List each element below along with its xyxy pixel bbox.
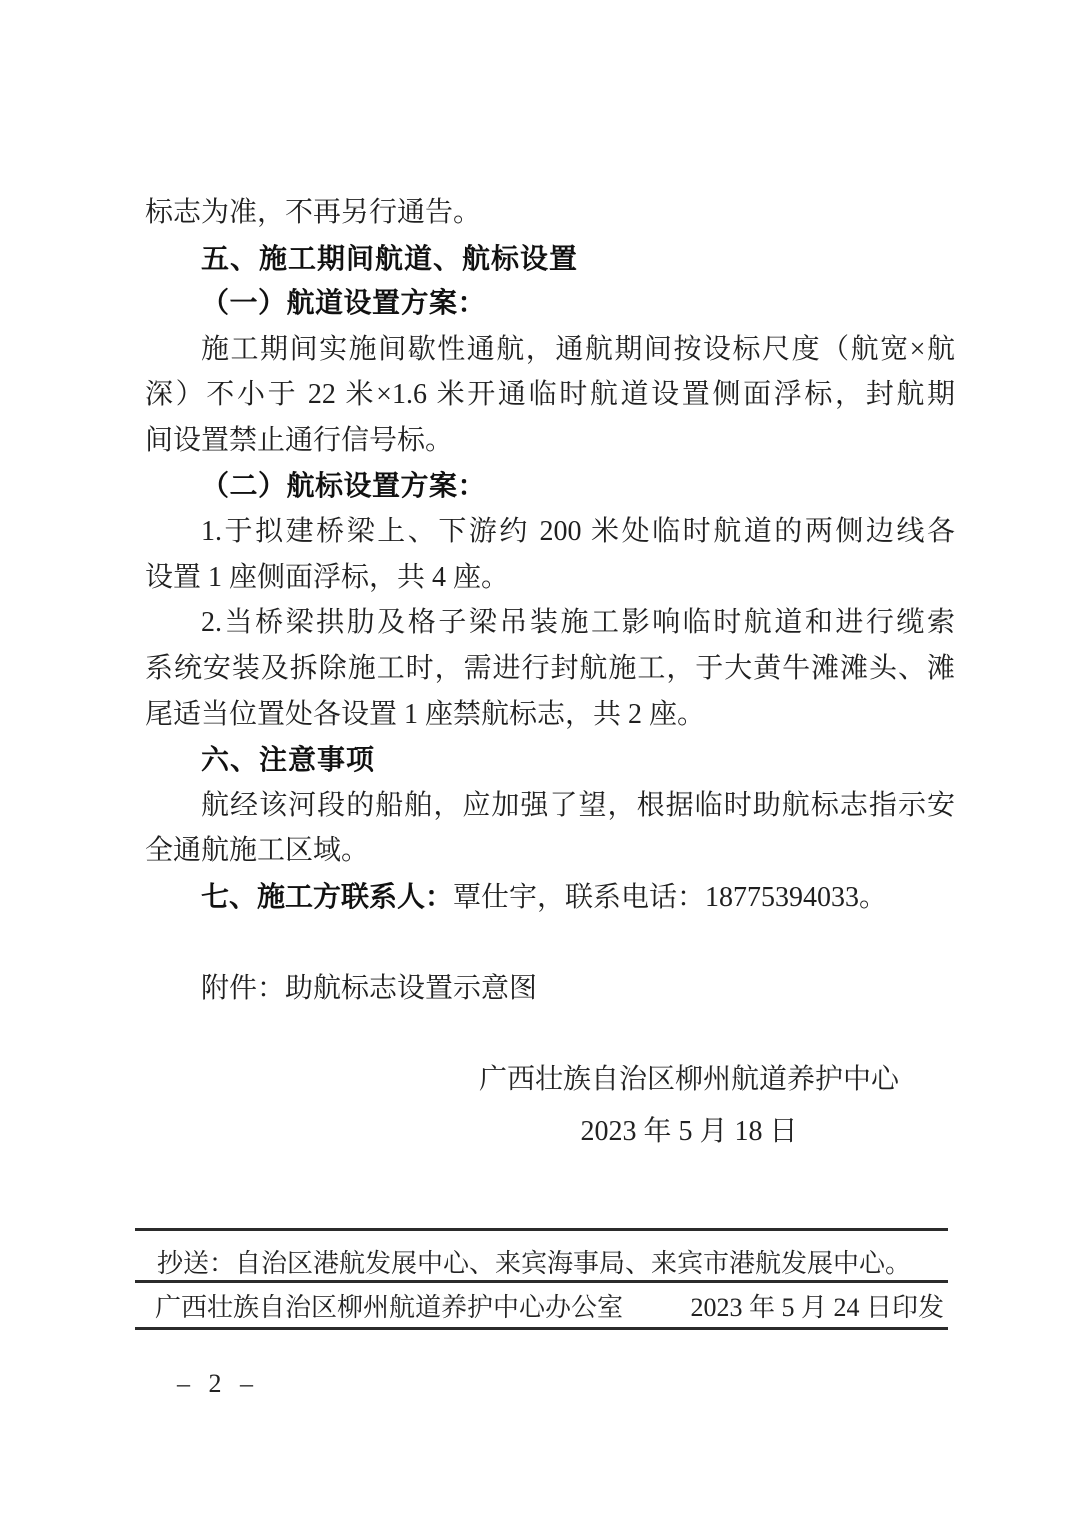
signature-block: 广西壮族自治区柳州航道养护中心 2023 年 5 月 18 日 (389, 1054, 989, 1158)
body-line: 2.当桥梁拱肋及格子梁吊装施工影响临时航道和进行缆索 (145, 600, 955, 646)
body-line: 深）不小于 22 米×1.6 米开通临时航道设置侧面浮标，封航期 (145, 372, 955, 418)
document-body: 标志为准，不再另行通告。五、施工期间航道、航标设置（一）航道设置方案：施工期间实… (145, 190, 955, 1012)
contact-value: 覃仕宇，联系电话：18775394033。 (453, 882, 887, 913)
document-page: 标志为准，不再另行通告。五、施工期间航道、航标设置（一）航道设置方案：施工期间实… (0, 0, 1080, 1527)
body-line: 间设置禁止通行信号标。 (145, 418, 955, 464)
body-line: 1.于拟建桥梁上、下游约 200 米处临时航道的两侧边线各 (145, 509, 955, 555)
signature-org: 广西壮族自治区柳州航道养护中心 (389, 1054, 989, 1106)
print-date: 2023 年 5 月 24 日印发 (690, 1288, 944, 1328)
page-number: – 2 – (177, 1366, 259, 1402)
issuer-office: 广西壮族自治区柳州航道养护中心办公室 (155, 1288, 623, 1328)
section-heading: （二）航标设置方案： (145, 464, 955, 510)
section-heading: 六、注意事项 (145, 737, 955, 783)
body-line: 尾适当位置处各设置 1 座禁航标志，共 2 座。 (145, 692, 955, 738)
section-heading: 五、施工期间航道、航标设置 (145, 236, 955, 282)
body-line: 航经该河段的船舶，应加强了望，根据临时助航标志指示安 (145, 783, 955, 829)
body-line: 施工期间实施间歇性通航，通航期间按设标尺度（航宽×航 (145, 327, 955, 373)
body-line: 系统安装及拆除施工时，需进行封航施工，于大黄牛滩滩头、滩 (145, 646, 955, 692)
footer-rule-bottom (135, 1327, 948, 1330)
body-line: 全通航施工区域。 (145, 828, 955, 874)
section-heading: （一）航道设置方案： (145, 281, 955, 327)
body-line (145, 921, 955, 967)
body-line: 附件：助航标志设置示意图 (145, 966, 955, 1012)
body-line: 设置 1 座侧面浮标，共 4 座。 (145, 555, 955, 601)
cc-line: 抄送：自治区港航发展中心、来宾海事局、来宾市港航发展中心。 (135, 1244, 948, 1284)
contact-label: 七、施工方联系人： (201, 881, 453, 912)
footer-rule-top (135, 1228, 948, 1231)
body-line: 标志为准，不再另行通告。 (145, 190, 955, 236)
footer-rule-middle (135, 1280, 948, 1283)
issuer-line: 广西壮族自治区柳州航道养护中心办公室 2023 年 5 月 24 日印发 (135, 1288, 948, 1328)
body-line: 七、施工方联系人：覃仕宇，联系电话：18775394033。 (145, 874, 955, 921)
signature-date: 2023 年 5 月 18 日 (389, 1106, 989, 1158)
